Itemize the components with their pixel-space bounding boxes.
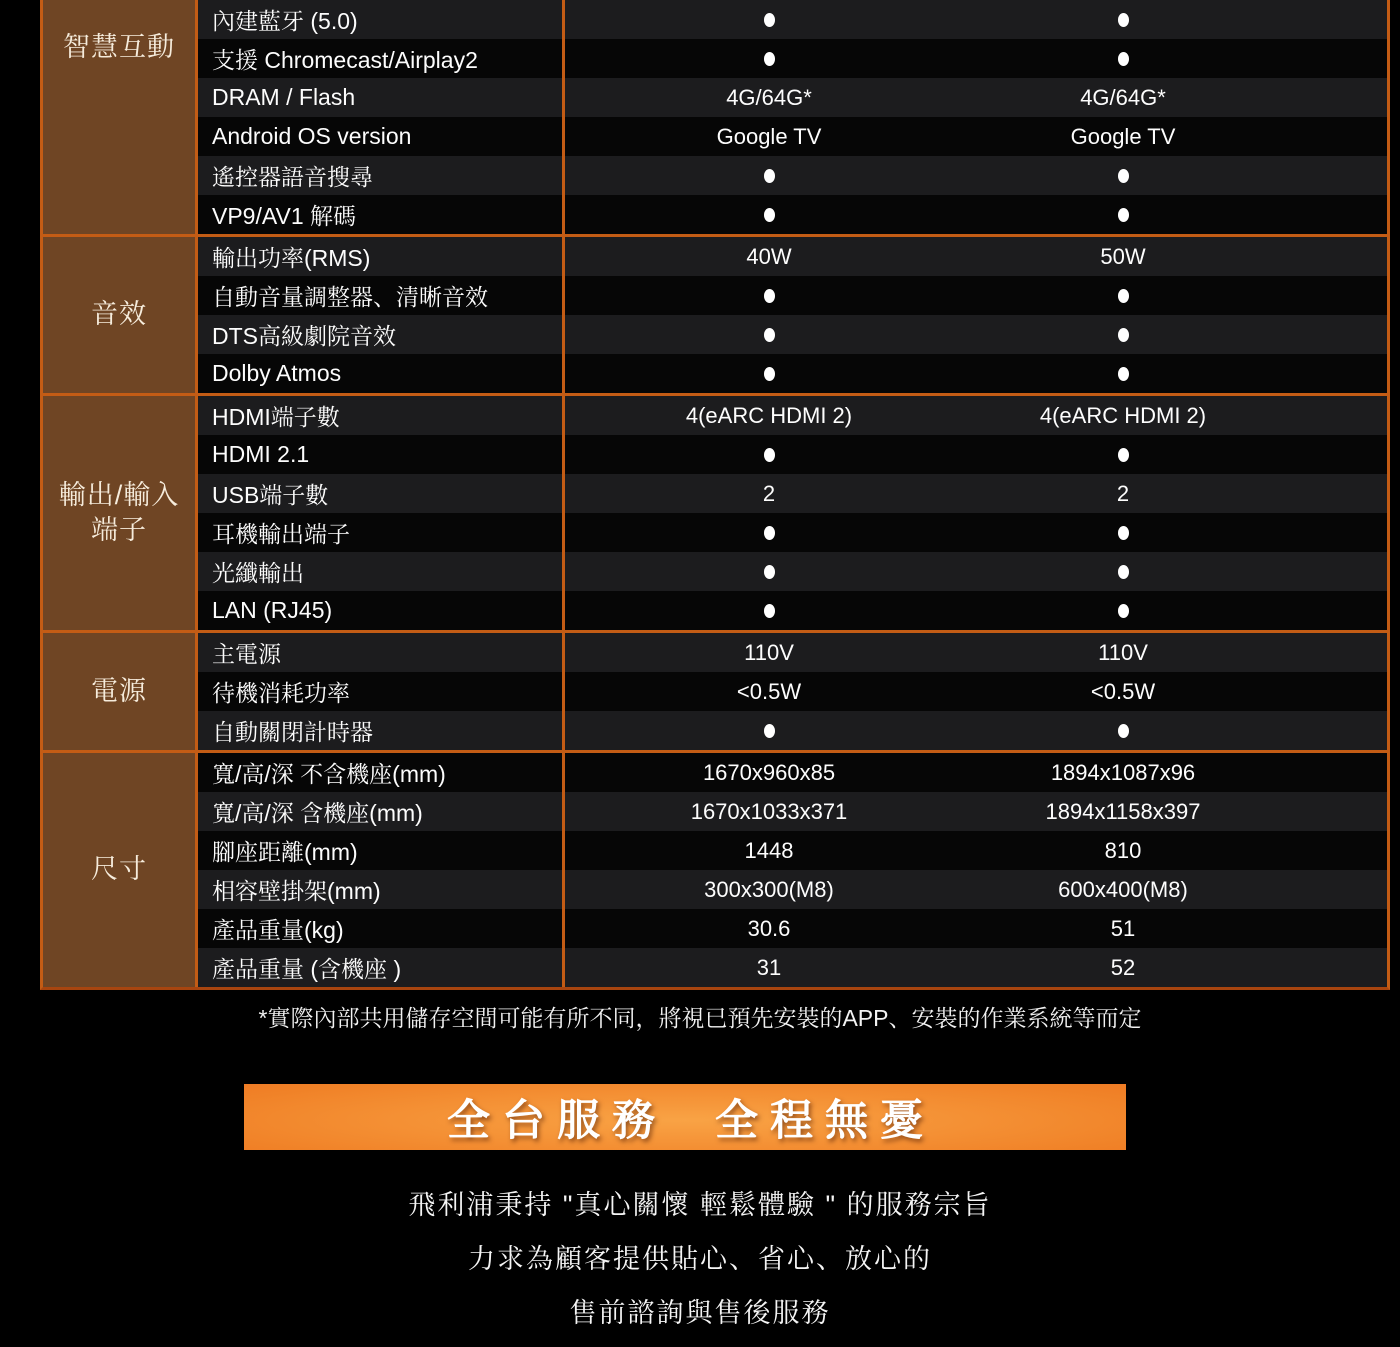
spec-label: DRAM / Flash [212,78,355,117]
feature-yes-dot-icon [764,328,775,342]
feature-yes-dot-icon [764,289,775,303]
feature-yes-dot-icon [1118,448,1129,462]
feature-yes-dot-icon [764,526,775,540]
spec-value-col2: 4(eARC HDMI 2) [918,396,1328,435]
spec-value-col1 [565,435,973,474]
spec-section: 電源主電源110V110V待機消耗功率<0.5W<0.5W自動關閉計時器 [43,630,1387,750]
spec-value-col1 [565,0,973,39]
spec-value-col1 [565,156,973,195]
category-cell: 輸出/輸入 端子 [43,396,198,630]
spec-value-col2: 4G/64G* [918,78,1328,117]
spec-value-col1: 1670x1033x371 [565,792,973,831]
spec-row: 遙控器語音搜尋 [198,156,1387,195]
feature-yes-dot-icon [1118,724,1129,738]
spec-label: 內建藍牙 (5.0) [212,0,358,39]
spec-value-col1: 40W [565,237,973,276]
section-rows: 輸出功率(RMS)40W50W自動音量調整器、清晰音效DTS高級劇院音效Dolb… [198,237,1387,393]
spec-label: 光纖輸出 [212,552,304,591]
spec-value-col2: 52 [918,948,1328,987]
spec-row: HDMI端子數4(eARC HDMI 2)4(eARC HDMI 2) [198,396,1387,435]
category-cell: 尺寸 [43,753,198,987]
spec-row: Android OS versionGoogle TVGoogle TV [198,117,1387,156]
spec-value-col2: 2 [918,474,1328,513]
feature-yes-dot-icon [1118,328,1129,342]
spec-row: 主電源110V110V [198,633,1387,672]
spec-value-col2 [918,591,1328,630]
feature-yes-dot-icon [1118,52,1129,66]
spec-label: 遙控器語音搜尋 [212,156,373,195]
spec-value-col2: 810 [918,831,1328,870]
spec-row: 寬/高/深 含機座(mm)1670x1033x3711894x1158x397 [198,792,1387,831]
spec-value-col2: Google TV [918,117,1328,156]
service-line-3: 售前諮詢與售後服務 [0,1286,1400,1340]
spec-value-col1: <0.5W [565,672,973,711]
spec-value-col1 [565,711,973,750]
spec-section: 尺寸寬/高/深 不含機座(mm)1670x960x851894x1087x96寬… [43,750,1387,987]
feature-yes-dot-icon [1118,367,1129,381]
spec-value-col2 [918,195,1328,234]
spec-value-col1 [565,591,973,630]
spec-label: 產品重量(kg) [212,909,344,948]
spec-value-col2 [918,39,1328,78]
spec-value-col2 [918,552,1328,591]
service-statement: 飛利浦秉持 "真心關懷 輕鬆體驗 " 的服務宗旨 力求為顧客提供貼心、省心、放心… [0,1178,1400,1340]
spec-label: 自動音量調整器、清晰音效 [212,276,488,315]
section-rows: 內建藍牙 (5.0)支援 Chromecast/Airplay2DRAM / F… [198,0,1387,234]
spec-value-col1 [565,354,973,393]
spec-label: Dolby Atmos [212,354,341,393]
spec-label: 輸出功率(RMS) [212,237,370,276]
section-rows: 主電源110V110V待機消耗功率<0.5W<0.5W自動關閉計時器 [198,633,1387,750]
spec-row: 支援 Chromecast/Airplay2 [198,39,1387,78]
spec-section: 智慧互動內建藍牙 (5.0)支援 Chromecast/Airplay2DRAM… [43,0,1387,234]
section-rows: 寬/高/深 不含機座(mm)1670x960x851894x1087x96寬/高… [198,753,1387,987]
spec-row: 內建藍牙 (5.0) [198,0,1387,39]
storage-footnote: *實際內部共用儲存空間可能有所不同，將視已預先安裝的APP、安裝的作業系統等而定 [0,1000,1400,1033]
spec-value-col2 [918,711,1328,750]
feature-yes-dot-icon [1118,526,1129,540]
spec-label: 支援 Chromecast/Airplay2 [212,39,478,78]
spec-value-col2: <0.5W [918,672,1328,711]
spec-value-col2: 110V [918,633,1328,672]
feature-yes-dot-icon [1118,169,1129,183]
feature-yes-dot-icon [764,13,775,27]
feature-yes-dot-icon [1118,208,1129,222]
spec-value-col2 [918,156,1328,195]
feature-yes-dot-icon [764,169,775,183]
spec-section: 輸出/輸入 端子HDMI端子數4(eARC HDMI 2)4(eARC HDMI… [43,393,1387,630]
category-cell: 電源 [43,633,198,750]
spec-section: 音效輸出功率(RMS)40W50W自動音量調整器、清晰音效DTS高級劇院音效Do… [43,234,1387,393]
spec-row: USB端子數22 [198,474,1387,513]
spec-label: DTS高級劇院音效 [212,315,396,354]
spec-table: 智慧互動內建藍牙 (5.0)支援 Chromecast/Airplay2DRAM… [40,0,1390,990]
feature-yes-dot-icon [764,52,775,66]
spec-row: 相容壁掛架(mm)300x300(M8)600x400(M8) [198,870,1387,909]
service-banner: 全台服務 全程無憂 [244,1084,1126,1150]
spec-value-col1: 2 [565,474,973,513]
feature-yes-dot-icon [764,448,775,462]
spec-row: 寬/高/深 不含機座(mm)1670x960x851894x1087x96 [198,753,1387,792]
spec-row: HDMI 2.1 [198,435,1387,474]
spec-value-col2 [918,513,1328,552]
spec-label: HDMI端子數 [212,396,340,435]
spec-label: VP9/AV1 解碼 [212,195,356,234]
spec-value-col2 [918,354,1328,393]
spec-value-col2 [918,315,1328,354]
category-cell: 智慧互動 [43,0,198,234]
spec-value-col1: 1448 [565,831,973,870]
spec-value-col2: 1894x1087x96 [918,753,1328,792]
spec-value-col1 [565,315,973,354]
feature-yes-dot-icon [1118,604,1129,618]
feature-yes-dot-icon [764,565,775,579]
spec-value-col1: 4G/64G* [565,78,973,117]
spec-row: DRAM / Flash4G/64G*4G/64G* [198,78,1387,117]
spec-row: DTS高級劇院音效 [198,315,1387,354]
feature-yes-dot-icon [764,367,775,381]
service-line-2: 力求為顧客提供貼心、省心、放心的 [0,1232,1400,1286]
spec-value-col1 [565,39,973,78]
spec-label: LAN (RJ45) [212,591,332,630]
spec-label: HDMI 2.1 [212,435,309,474]
spec-value-col2: 50W [918,237,1328,276]
spec-value-col2 [918,276,1328,315]
spec-value-col1: 1670x960x85 [565,753,973,792]
category-cell: 音效 [43,237,198,393]
spec-label: Android OS version [212,117,411,156]
spec-value-col1: 31 [565,948,973,987]
spec-label: 寬/高/深 不含機座(mm) [212,753,446,792]
feature-yes-dot-icon [764,724,775,738]
feature-yes-dot-icon [1118,13,1129,27]
spec-value-col1 [565,195,973,234]
spec-value-col2: 51 [918,909,1328,948]
spec-row: VP9/AV1 解碼 [198,195,1387,234]
spec-label: 自動關閉計時器 [212,711,373,750]
spec-row: 耳機輸出端子 [198,513,1387,552]
spec-row: 自動音量調整器、清晰音效 [198,276,1387,315]
spec-label: 寬/高/深 含機座(mm) [212,792,423,831]
spec-value-col1 [565,276,973,315]
feature-yes-dot-icon [1118,289,1129,303]
spec-row: LAN (RJ45) [198,591,1387,630]
spec-value-col1 [565,552,973,591]
feature-yes-dot-icon [764,208,775,222]
feature-yes-dot-icon [1118,565,1129,579]
spec-value-col1: 110V [565,633,973,672]
spec-label: 主電源 [212,633,281,672]
feature-yes-dot-icon [764,604,775,618]
spec-value-col2 [918,0,1328,39]
spec-label: 待機消耗功率 [212,672,350,711]
spec-row: 輸出功率(RMS)40W50W [198,237,1387,276]
spec-value-col1: Google TV [565,117,973,156]
spec-row: 光纖輸出 [198,552,1387,591]
service-banner-text: 全台服務 全程無憂 [435,1087,935,1148]
spec-value-col1 [565,513,973,552]
service-line-1: 飛利浦秉持 "真心關懷 輕鬆體驗 " 的服務宗旨 [0,1178,1400,1232]
spec-row: Dolby Atmos [198,354,1387,393]
spec-row: 自動關閉計時器 [198,711,1387,750]
spec-row: 待機消耗功率<0.5W<0.5W [198,672,1387,711]
spec-label: 相容壁掛架(mm) [212,870,381,909]
spec-row: 產品重量(kg)30.651 [198,909,1387,948]
spec-label: USB端子數 [212,474,328,513]
spec-value-col1: 300x300(M8) [565,870,973,909]
spec-row: 腳座距離(mm)1448810 [198,831,1387,870]
spec-value-col2 [918,435,1328,474]
spec-value-col1: 4(eARC HDMI 2) [565,396,973,435]
spec-value-col1: 30.6 [565,909,973,948]
spec-value-col2: 1894x1158x397 [918,792,1328,831]
spec-label: 腳座距離(mm) [212,831,358,870]
spec-value-col2: 600x400(M8) [918,870,1328,909]
section-rows: HDMI端子數4(eARC HDMI 2)4(eARC HDMI 2)HDMI … [198,396,1387,630]
spec-label: 產品重量 (含機座 ) [212,948,401,987]
spec-label: 耳機輸出端子 [212,513,350,552]
spec-row: 產品重量 (含機座 )3152 [198,948,1387,987]
